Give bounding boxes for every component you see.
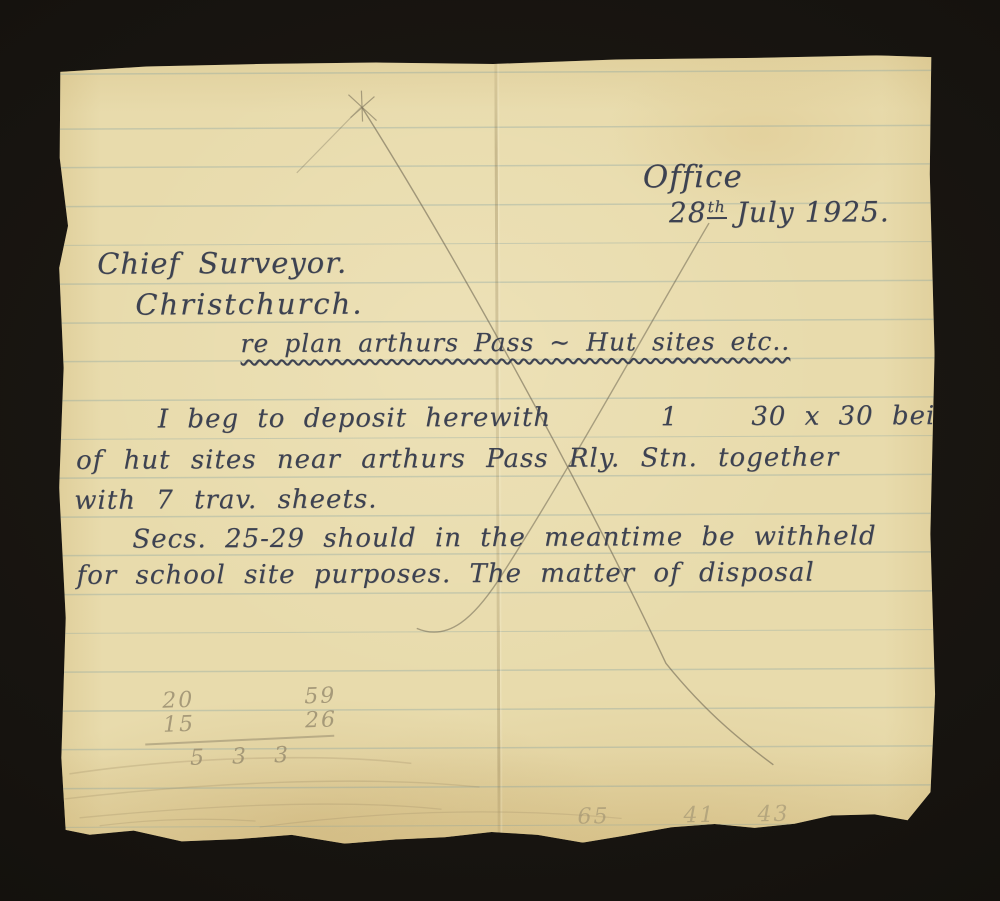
date-day: 28: [669, 196, 707, 229]
pencil-calc-result: 5 3 3: [156, 742, 347, 772]
footer-number: 65: [577, 804, 609, 829]
recipient-name: Chief Surveyor.: [97, 246, 347, 281]
date-line: 28th July 1925.: [669, 195, 890, 229]
recipient-city: Christchurch.: [135, 287, 363, 322]
body-line-3: with 7 trav. sheets.: [74, 485, 377, 516]
calc-cell: 26: [305, 708, 338, 733]
body-line-4: Secs. 25-29 should in the meantime be wi…: [132, 521, 876, 554]
footer-number: 43: [757, 802, 789, 827]
date-rest: July 1925.: [727, 195, 890, 229]
bottom-scuff-marks: [64, 756, 621, 828]
pencil-footer-numbers: 65 41 43: [577, 802, 789, 830]
photo-background: Office 28th July 1925. Chief Surveyor. C…: [0, 0, 1000, 901]
body-line-5: for school site purposes. The matter of …: [76, 558, 814, 591]
letter-paper: Office 28th July 1925. Chief Surveyor. C…: [56, 54, 937, 850]
calc-cell: 59: [304, 684, 337, 709]
pencil-calculation: 20 59 15 26 5 3 3: [154, 684, 346, 772]
calc-cell: 5: [190, 746, 207, 770]
calc-cell: 3: [232, 745, 249, 769]
body-line-2: of hut sites near arthurs Pass Rly. Stn.…: [76, 443, 839, 476]
pencil-calc-row: 15 26: [155, 708, 346, 738]
date-ordinal-suffix: th: [707, 198, 727, 219]
body-line-1: I beg to deposit herewith 1 30 x 30 bein…: [158, 401, 1000, 435]
office-heading: Office: [643, 159, 743, 195]
calc-cell: 3: [274, 744, 291, 768]
pencil-star-mark: [296, 91, 376, 173]
calc-cell: 15: [163, 713, 196, 738]
calc-cell: 20: [162, 689, 195, 714]
footer-number: 41: [683, 803, 715, 828]
subject-line: re plan arthurs Pass ~ Hut sites etc..: [240, 327, 790, 358]
